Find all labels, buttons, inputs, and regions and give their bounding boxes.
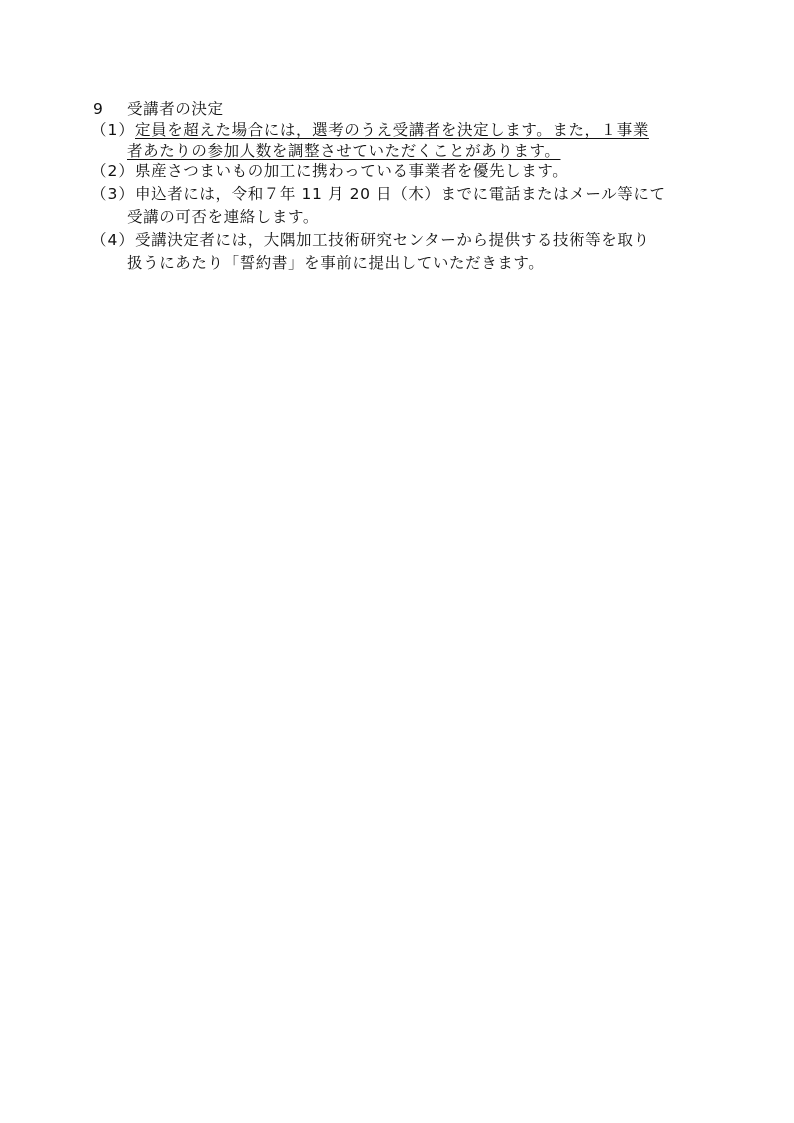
item-text: 受講決定者には，大隅加工技術研究センターから提供する技術等を取り	[135, 231, 650, 249]
list-item-4-continuation: 扱うにあたり「誓約書」を事前に提出していただきます。	[127, 253, 544, 273]
item-text: 者あたりの参加人数を調整させていただくことがあります。	[127, 142, 560, 160]
item-marker: （4）	[91, 230, 135, 250]
item-marker: （3）	[91, 184, 135, 204]
item-text: 県産さつまいもの加工に携わっている事業者を優先します。	[135, 162, 568, 180]
list-item-2: （2）県産さつまいもの加工に携わっている事業者を優先します。	[91, 161, 568, 181]
list-item-1-continuation: 者あたりの参加人数を調整させていただくことがあります。	[127, 141, 560, 161]
list-item-1: （1）定員を超えた場合には，選考のうえ受講者を決定します。また，１事業	[91, 120, 649, 140]
item-text: 受講の可否を連絡します。	[127, 208, 319, 226]
item-marker: （1）	[91, 120, 135, 140]
list-item-3: （3）申込者には，令和７年 11 月 20 日（木）までに電話またはメール等にて	[91, 184, 666, 204]
section-number: 9	[93, 99, 127, 119]
item-text: 定員を超えた場合には，選考のうえ受講者を決定します。また，１事業	[135, 121, 649, 139]
item-marker: （2）	[91, 161, 135, 181]
list-item-4: （4）受講決定者には，大隅加工技術研究センターから提供する技術等を取り	[91, 230, 650, 250]
list-item-3-continuation: 受講の可否を連絡します。	[127, 207, 319, 227]
document-page: 9受講者の決定 （1）定員を超えた場合には，選考のうえ受講者を決定します。また，…	[0, 0, 794, 1123]
item-text: 扱うにあたり「誓約書」を事前に提出していただきます。	[127, 254, 544, 272]
section-heading: 9受講者の決定	[93, 99, 224, 119]
section-title: 受講者の決定	[127, 100, 224, 118]
item-text: 申込者には，令和７年 11 月 20 日（木）までに電話またはメール等にて	[135, 185, 666, 203]
